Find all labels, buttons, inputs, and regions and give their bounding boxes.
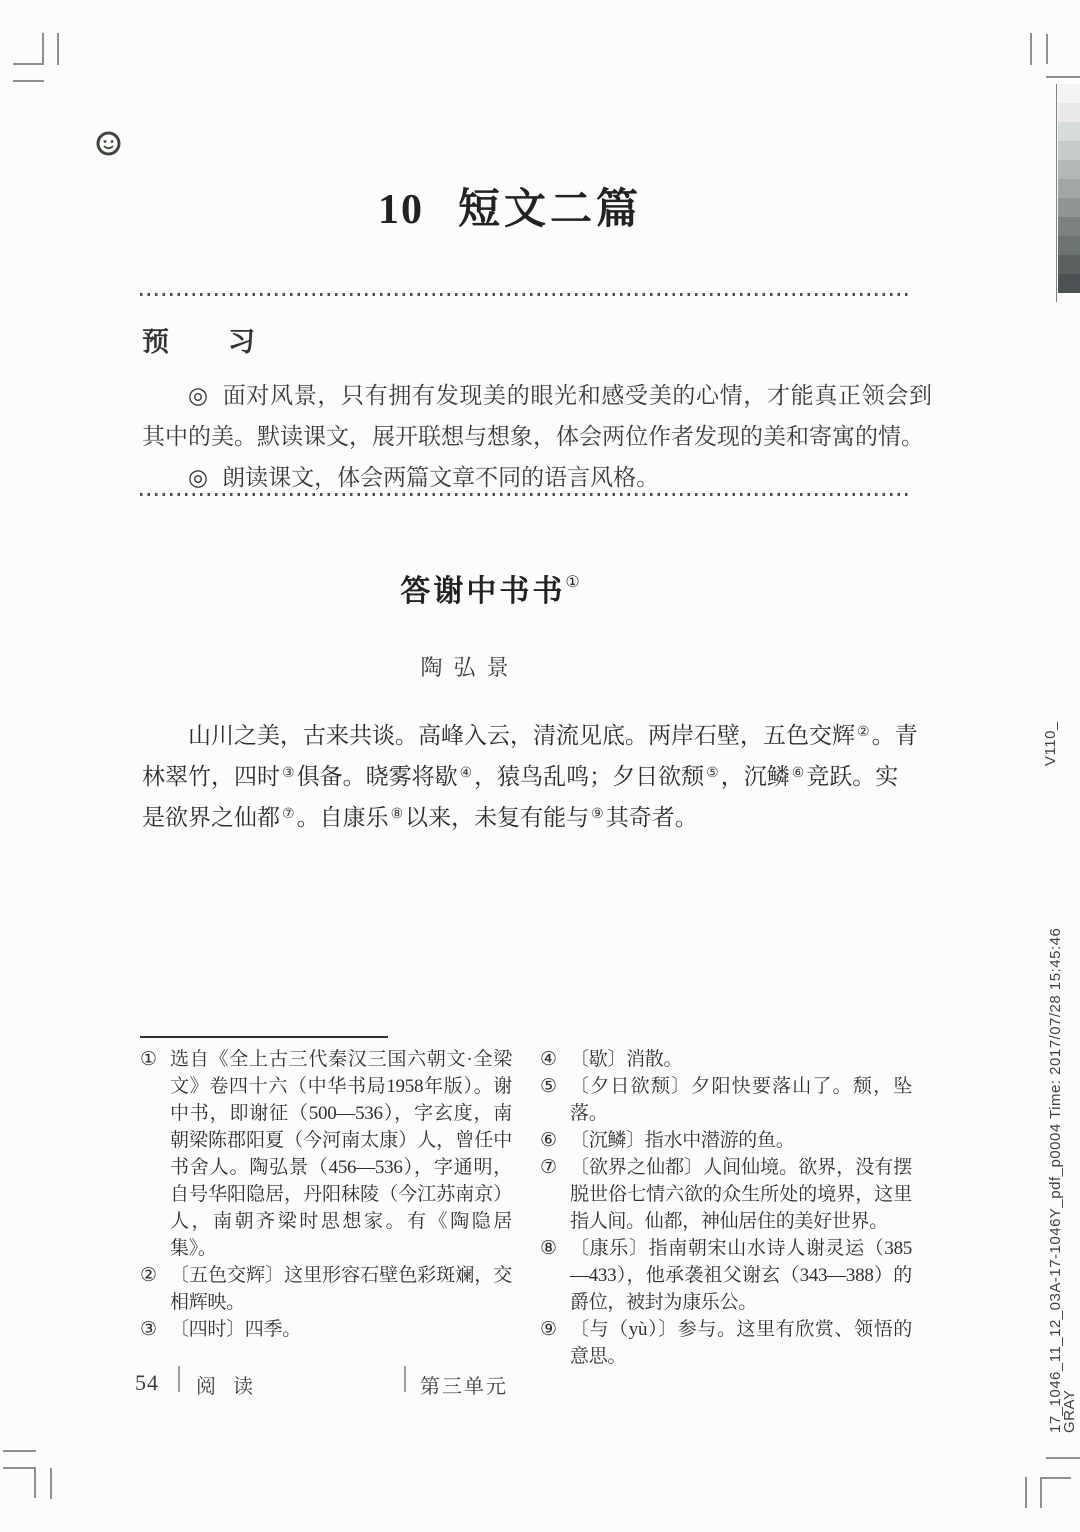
grayscale-step bbox=[1058, 198, 1080, 217]
footnote-text: 选自《全上古三代秦汉三国六朝文·全梁文》卷四十六（中华书局1958年版）。谢中书… bbox=[170, 1046, 512, 1262]
crop-mark bbox=[3, 1450, 36, 1452]
footnote-ref: ⑦ bbox=[282, 807, 295, 822]
bullet-icon: ◎ bbox=[188, 465, 208, 490]
crop-mark bbox=[50, 1468, 52, 1499]
chapter-heading: 10短文二篇 bbox=[0, 176, 1020, 236]
preview-text: 面对风景，只有拥有发现美的眼光和感受美的心情，才能真正领会到其中的美。默读课文，… bbox=[142, 383, 932, 449]
lesson-body-text: 山川之美，古来共谈。高峰入云，清流见底。两岸石壁，五色交辉②。青林翠竹，四时③俱… bbox=[142, 714, 938, 837]
grayscale-step bbox=[1058, 84, 1080, 103]
footnotes-section: ①选自《全上古三代秦汉三国六朝文·全梁文》卷四十六（中华书局1958年版）。谢中… bbox=[140, 1046, 912, 1370]
crop-mark bbox=[42, 33, 44, 65]
footnote-text: 〔欲界之仙都〕人间仙境。欲界，没有摆脱世俗七情六欲的众生所处的境界，这里指人间。… bbox=[570, 1154, 912, 1235]
footnote-number: ⑥ bbox=[540, 1127, 570, 1154]
footnote-text: 〔康乐〕指南朝宋山水诗人谢灵运（385—433），他承袭祖父谢玄（343—388… bbox=[570, 1235, 912, 1316]
crop-mark bbox=[1046, 76, 1080, 78]
footnote-item: ①选自《全上古三代秦汉三国六朝文·全梁文》卷四十六（中华书局1958年版）。谢中… bbox=[140, 1046, 512, 1262]
footnote-item: ⑥〔沉鳞〕指水中潜游的鱼。 bbox=[540, 1127, 912, 1154]
footnote-number: ⑤ bbox=[540, 1073, 570, 1127]
footnote-item: ⑤〔夕日欲颓〕夕阳快要落山了。颓，坠落。 bbox=[540, 1073, 912, 1127]
footnote-item: ⑧〔康乐〕指南朝宋山水诗人谢灵运（385—433），他承袭祖父谢玄（343—38… bbox=[540, 1235, 912, 1316]
footnote-ref: ⑧ bbox=[391, 807, 404, 822]
press-side-code: V110_ bbox=[1042, 721, 1059, 766]
footnote-number: ② bbox=[140, 1262, 170, 1316]
grayscale-step bbox=[1058, 255, 1080, 274]
crop-mark bbox=[1046, 34, 1048, 64]
grayscale-step bbox=[1058, 274, 1080, 293]
footnote-item: ⑨〔与（yù）〕参与。这里有欣赏、领悟的意思。 bbox=[540, 1316, 912, 1370]
press-bottom-code: 17_1046_11_12_03A-17-1046Y_pdf_p0004 Tim… bbox=[1047, 928, 1064, 1433]
footnote-ref: ⑤ bbox=[706, 766, 719, 781]
footnote-item: ②〔五色交辉〕这里形容石壁色彩斑斓，交相辉映。 bbox=[140, 1262, 512, 1316]
press-gray-label: GRAY bbox=[1061, 1390, 1078, 1433]
footnote-item: ④〔歇〕消散。 bbox=[540, 1046, 912, 1073]
footnote-ref: ③ bbox=[282, 766, 295, 781]
crop-mark bbox=[57, 33, 59, 65]
crop-mark bbox=[1046, 1457, 1080, 1459]
footnote-ref: ⑥ bbox=[792, 766, 805, 781]
crop-mark bbox=[13, 80, 44, 82]
crop-mark bbox=[3, 1467, 36, 1469]
crop-mark bbox=[1030, 33, 1032, 65]
grayscale-step bbox=[1058, 122, 1080, 141]
preview-item: ◎面对风景，只有拥有发现美的眼光和感受美的心情，才能真正领会到其中的美。默读课文… bbox=[142, 375, 932, 457]
preview-heading: 预 习 bbox=[142, 320, 932, 359]
smiley-face-icon bbox=[96, 131, 121, 161]
dotted-rule-top bbox=[140, 293, 910, 296]
footnote-item: ⑦〔欲界之仙都〕人间仙境。欲界，没有摆脱世俗七情六欲的众生所处的境界，这里指人间… bbox=[540, 1154, 912, 1235]
crop-mark bbox=[34, 1467, 36, 1498]
footnote-ref: ④ bbox=[460, 766, 473, 781]
bullet-icon: ◎ bbox=[188, 383, 209, 408]
footer-divider bbox=[404, 1366, 406, 1392]
grayscale-step bbox=[1058, 103, 1080, 122]
footnote-number: ⑨ bbox=[540, 1316, 570, 1370]
page-number: 54 bbox=[135, 1370, 159, 1396]
footnote-ref: ② bbox=[857, 725, 870, 740]
footnote-number: ④ bbox=[540, 1046, 570, 1073]
crop-mark bbox=[13, 63, 44, 65]
crop-mark bbox=[1040, 1477, 1042, 1508]
footer-divider bbox=[178, 1366, 180, 1392]
footnote-number: ⑦ bbox=[540, 1154, 570, 1235]
preview-section: 预 习 ◎面对风景，只有拥有发现美的眼光和感受美的心情，才能真正领会到其中的美。… bbox=[142, 320, 932, 498]
chapter-title: 短文二篇 bbox=[458, 187, 642, 233]
footnotes-right-column: ④〔歇〕消散。⑤〔夕日欲颓〕夕阳快要落山了。颓，坠落。⑥〔沉鳞〕指水中潜游的鱼。… bbox=[540, 1046, 912, 1370]
footnote-rule bbox=[140, 1036, 388, 1038]
footnote-text: 〔歇〕消散。 bbox=[570, 1046, 912, 1073]
preview-text: 朗读课文，体会两篇文章不同的语言风格。 bbox=[222, 465, 659, 490]
dotted-rule-bottom bbox=[140, 493, 910, 496]
grayscale-step bbox=[1058, 236, 1080, 255]
grayscale-step bbox=[1058, 141, 1080, 160]
footnote-text: 〔沉鳞〕指水中潜游的鱼。 bbox=[570, 1127, 912, 1154]
footnote-ref: ① bbox=[565, 574, 579, 591]
crop-mark bbox=[1025, 1477, 1027, 1508]
footer-section-label: 阅 读 bbox=[196, 1370, 259, 1399]
footnote-number: ① bbox=[140, 1046, 170, 1262]
footnote-number: ③ bbox=[140, 1316, 170, 1343]
footnotes-left-column: ①选自《全上古三代秦汉三国六朝文·全梁文》卷四十六（中华书局1958年版）。谢中… bbox=[140, 1046, 512, 1370]
author-name: 陶弘景 bbox=[0, 651, 940, 682]
lesson-title-text: 答谢中书书 bbox=[400, 575, 565, 608]
footnote-text: 〔夕日欲颓〕夕阳快要落山了。颓，坠落。 bbox=[570, 1073, 912, 1127]
footnote-ref: ⑨ bbox=[591, 807, 604, 822]
textbook-page: 10短文二篇 预 习 ◎面对风景，只有拥有发现美的眼光和感受美的心情，才能真正领… bbox=[0, 0, 1080, 1532]
footnote-item: ③〔四时〕四季。 bbox=[140, 1316, 512, 1343]
crop-mark bbox=[1040, 1477, 1071, 1479]
footnote-number: ⑧ bbox=[540, 1235, 570, 1316]
lesson-title: 答谢中书书① bbox=[0, 566, 980, 610]
grayscale-step bbox=[1058, 217, 1080, 236]
preview-item: ◎朗读课文，体会两篇文章不同的语言风格。 bbox=[142, 457, 932, 498]
grayscale-calibration-strip bbox=[1058, 84, 1080, 293]
footnote-text: 〔四时〕四季。 bbox=[170, 1316, 512, 1343]
footnote-text: 〔五色交辉〕这里形容石壁色彩斑斓，交相辉映。 bbox=[170, 1262, 512, 1316]
footer-unit-label: 第三单元 bbox=[420, 1370, 508, 1399]
footnote-text: 〔与（yù）〕参与。这里有欣赏、领悟的意思。 bbox=[570, 1316, 912, 1370]
grayscale-strip-border bbox=[1056, 84, 1057, 302]
grayscale-step bbox=[1058, 160, 1080, 179]
chapter-number: 10 bbox=[378, 187, 424, 233]
grayscale-step bbox=[1058, 179, 1080, 198]
